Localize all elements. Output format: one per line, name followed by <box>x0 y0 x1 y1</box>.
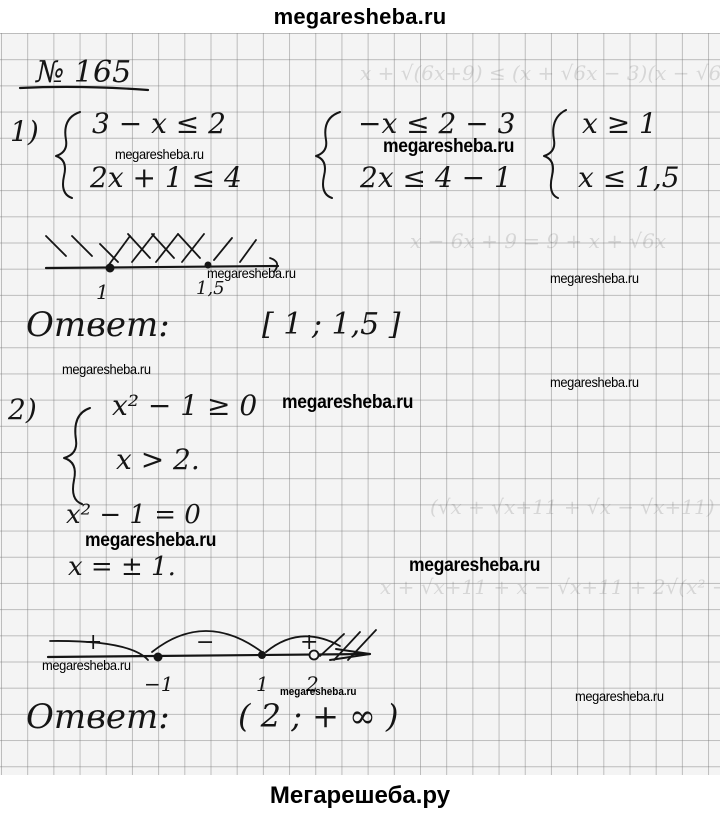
part1-system1-line1: 3 − x ≤ 2 <box>92 110 226 138</box>
part2-system-line1: x² − 1 ≥ 0 <box>112 392 257 420</box>
sign-minus: − <box>196 632 214 654</box>
watermark-overlay: megaresheba.ru <box>383 137 514 156</box>
watermark-overlay: megaresheba.ru <box>282 393 413 412</box>
top-watermark: megaresheba.ru <box>0 0 720 33</box>
ghost-text: (√x + √x+11 + √x − √x+11) <box>430 495 715 519</box>
part1-answer: [ 1 ; 1,5 ] <box>262 310 400 340</box>
numberline2-label-neg1: −1 <box>144 674 173 694</box>
numberline2-label-1: 1 <box>256 674 269 694</box>
bottom-watermark: Мегарешеба.ру <box>0 778 720 813</box>
watermark-overlay: megaresheba.ru <box>280 687 356 698</box>
part1-label: 1) <box>10 118 39 146</box>
watermark-overlay: megaresheba.ru <box>207 266 296 280</box>
watermark-overlay: megaresheba.ru <box>42 658 131 672</box>
part1-system3-line1: x ≥ 1 <box>582 110 657 138</box>
numberline1-label-1: 1 <box>96 282 109 302</box>
part1-system3-line2: x ≤ 1,5 <box>578 164 680 192</box>
watermark-overlay: megaresheba.ru <box>85 531 216 550</box>
watermark-overlay: megaresheba.ru <box>550 271 639 285</box>
watermark-overlay: megaresheba.ru <box>62 362 151 376</box>
part2-answer: ( 2 ; + ∞ ) <box>238 700 398 732</box>
part1-system2-line1: −x ≤ 2 − 3 <box>358 110 515 138</box>
watermark-overlay: megaresheba.ru <box>409 556 540 575</box>
watermark-overlay: megaresheba.ru <box>550 375 639 389</box>
part1-system2-line2: 2x ≤ 4 − 1 <box>360 164 512 192</box>
watermark-overlay: megaresheba.ru <box>115 147 204 161</box>
part2-roots: x = ± 1. <box>68 554 176 580</box>
ghost-text: x − 6x + 9 = 9 + x + √6x <box>410 229 666 253</box>
part2-label: 2) <box>8 396 37 424</box>
part1-system1-line2: 2x + 1 ≤ 4 <box>90 164 242 192</box>
part1-answer-label: Ответ: <box>26 308 170 342</box>
part2-equation: x² − 1 = 0 <box>66 502 201 528</box>
problem-number: № 165 <box>36 58 131 88</box>
ghost-text: x + √x+11 + x − √x+11 + 2√(x² − (x+11)) … <box>380 575 720 599</box>
sign-plus-1: + <box>84 632 102 654</box>
sign-plus-2: + <box>300 632 318 654</box>
numberline1-label-1-5: 1,5 <box>196 280 225 298</box>
ghost-text: x + √(6x+9) ≤ (x + √6x − 3)(x − √6x+9) +… <box>360 61 720 85</box>
watermark-overlay: megaresheba.ru <box>575 689 664 703</box>
part2-system-line2: x > 2. <box>116 446 200 474</box>
part2-answer-label: Ответ: <box>26 700 170 734</box>
